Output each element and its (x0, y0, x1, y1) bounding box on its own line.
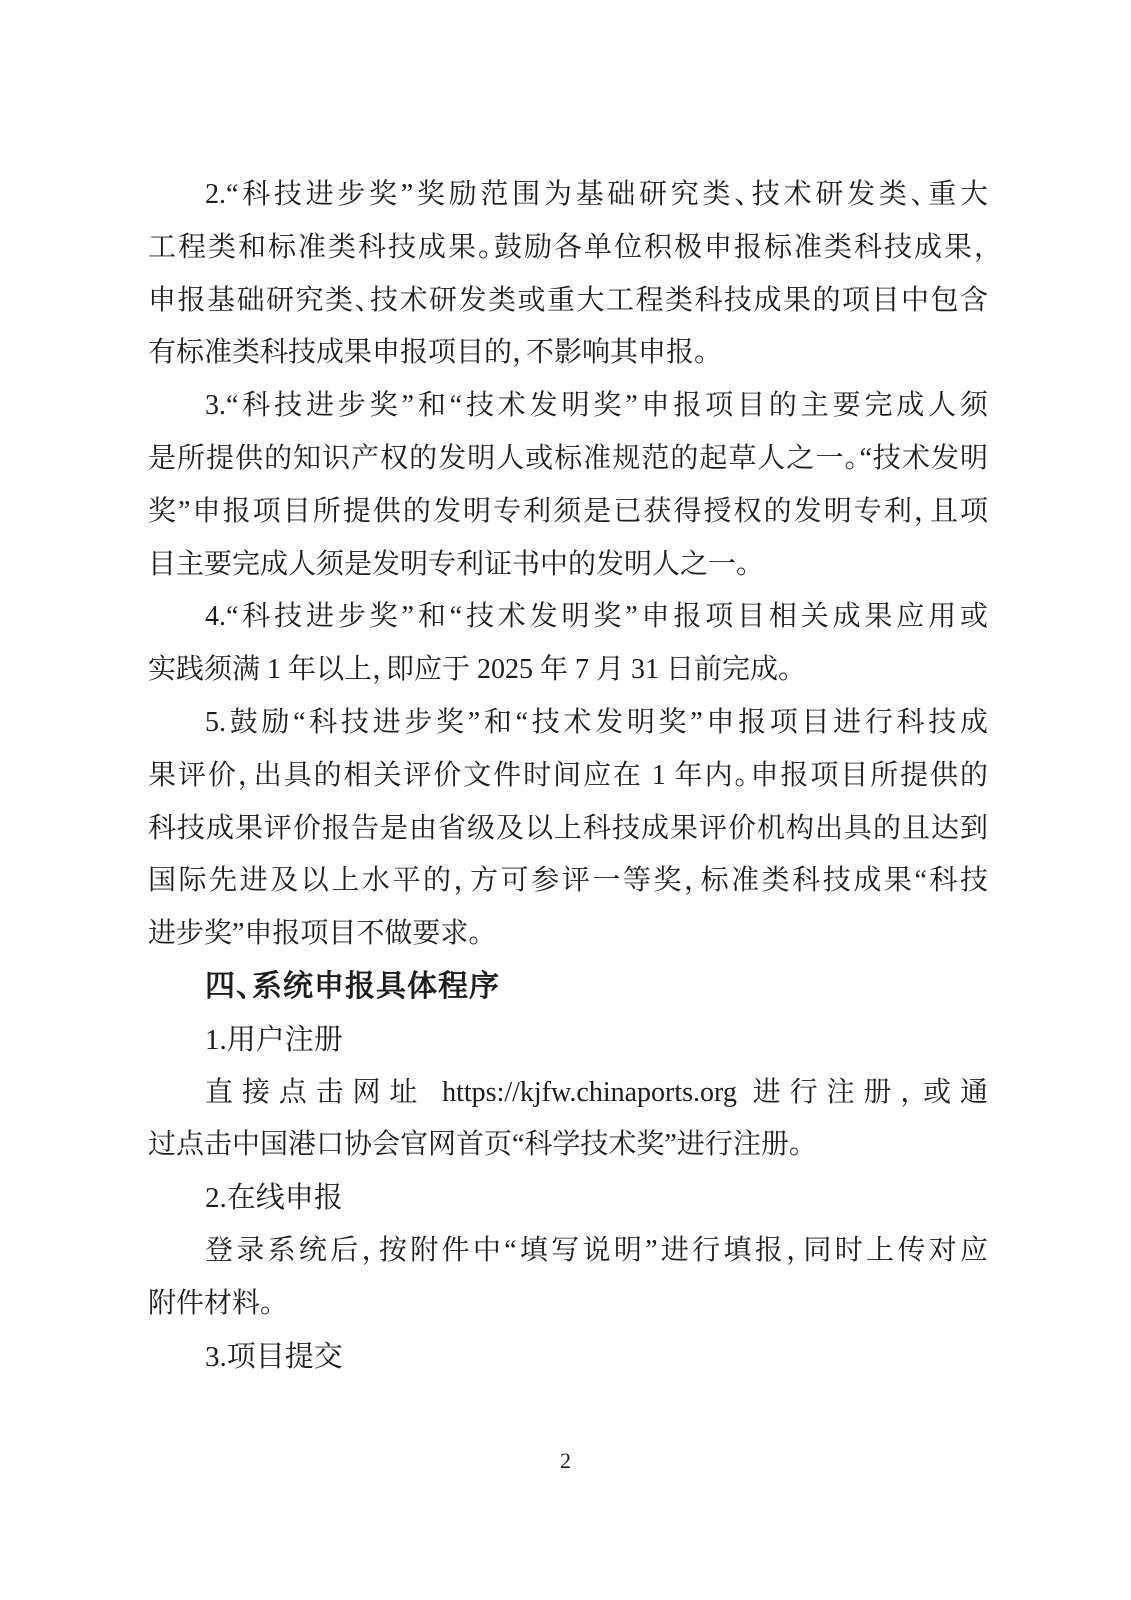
paragraph-registration-instructions: 直接点击网址 https://kjfw.chinaports.org 进行注册，… (148, 1067, 988, 1173)
subheading-user-registration: 1.用户注册 (148, 1014, 988, 1067)
text-line: 1.用户注册 (148, 1014, 988, 1067)
text-line: 2.在线申报 (148, 1172, 988, 1225)
subheading-project-submission: 3.项目提交 (148, 1331, 988, 1384)
page-number: 2 (0, 1448, 1131, 1474)
text-line: 果评价，出具的相关评价文件时间应在 1 年内。申报项目所提供的 (148, 750, 988, 803)
text-line: 工程类和标准类科技成果。鼓励各单位积极申报标准类科技成果， (148, 222, 988, 275)
text-line: 5.鼓励“科技进步奖”和“技术发明奖”申报项目进行科技成 (148, 697, 988, 750)
paragraph-completer-requirement: 3.“科技进步奖”和“技术发明奖”申报项目的主要完成人须是所提供的知识产权的发明… (148, 380, 988, 591)
text-line: 有标准类科技成果申报项目的，不影响其申报。 (148, 327, 988, 380)
paragraph-award-scope: 2.“科技进步奖”奖励范围为基础研究类、技术研发类、重大工程类和标准类科技成果。… (148, 169, 988, 380)
text-line: 奖”申报项目所提供的发明专利须是已获得授权的发明专利，且项 (148, 486, 988, 539)
text-line: 直接点击网址 https://kjfw.chinaports.org 进行注册，… (148, 1067, 988, 1120)
text-line: 申报基础研究类、技术研发类或重大工程类科技成果的项目中包含 (148, 275, 988, 328)
paragraph-application-deadline: 4.“科技进步奖”和“技术发明奖”申报项目相关成果应用或实践须满 1 年以上，即… (148, 591, 988, 697)
text-line: 科技成果评价报告是由省级及以上科技成果评价机构出具的且达到 (148, 803, 988, 856)
heading-section-four-procedure: 四、系统申报具体程序 (148, 961, 988, 1014)
text-line: 国际先进及以上水平的，方可参评一等奖，标准类科技成果“科技 (148, 855, 988, 908)
text-line: 四、系统申报具体程序 (148, 961, 988, 1014)
document-body: 2.“科技进步奖”奖励范围为基础研究类、技术研发类、重大工程类和标准类科技成果。… (148, 169, 988, 1383)
application-url-link[interactable]: https://kjfw.chinaports.org (442, 1077, 737, 1108)
text-line: 4.“科技进步奖”和“技术发明奖”申报项目相关成果应用或 (148, 591, 988, 644)
text-line: 目主要完成人须是发明专利证书中的发明人之一。 (148, 539, 988, 592)
text-run: 进行注册，或通 (737, 1077, 988, 1108)
document-page: 2.“科技进步奖”奖励范围为基础研究类、技术研发类、重大工程类和标准类科技成果。… (0, 0, 1131, 1600)
text-line: 实践须满 1 年以上，即应于 2025 年 7 月 31 日前完成。 (148, 644, 988, 697)
text-line: 3.项目提交 (148, 1331, 988, 1384)
text-line: 登录系统后，按附件中“填写说明”进行填报，同时上传对应 (148, 1225, 988, 1278)
text-line: 附件材料。 (148, 1278, 988, 1331)
text-line: 3.“科技进步奖”和“技术发明奖”申报项目的主要完成人须 (148, 380, 988, 433)
paragraph-online-application-instructions: 登录系统后，按附件中“填写说明”进行填报，同时上传对应附件材料。 (148, 1225, 988, 1331)
text-line: 2.“科技进步奖”奖励范围为基础研究类、技术研发类、重大 (148, 169, 988, 222)
text-line: 是所提供的知识产权的发明人或标准规范的起草人之一。“技术发明 (148, 433, 988, 486)
paragraph-evaluation-requirement: 5.鼓励“科技进步奖”和“技术发明奖”申报项目进行科技成果评价，出具的相关评价文… (148, 697, 988, 961)
text-run: 直接点击网址 (205, 1077, 442, 1108)
text-line: 进步奖”申报项目不做要求。 (148, 908, 988, 961)
subheading-online-application: 2.在线申报 (148, 1172, 988, 1225)
text-line: 过点击中国港口协会官网首页“科学技术奖”进行注册。 (148, 1119, 988, 1172)
